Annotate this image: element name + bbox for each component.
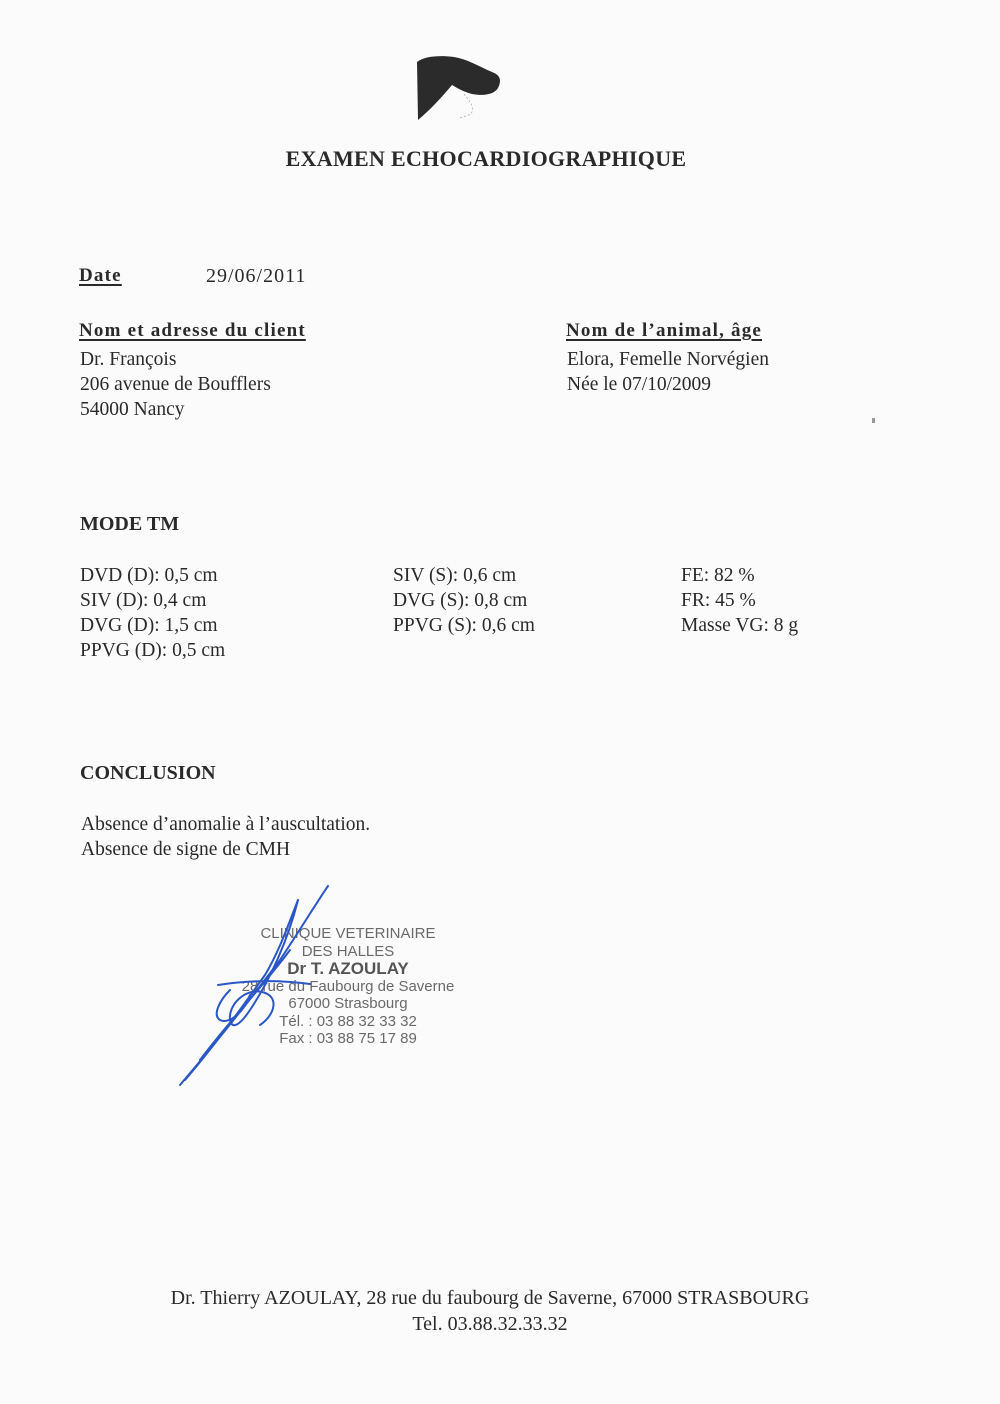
client-name: Dr. François: [80, 347, 271, 372]
measurement-ppvg-d: PPVG (D): 0,5 cm: [80, 638, 225, 663]
measurement-fr: FR: 45 %: [681, 588, 798, 613]
measurement-dvg-s: DVG (S): 0,8 cm: [393, 588, 535, 613]
conclusion-line: Absence de signe de CMH: [81, 837, 370, 862]
footer: Dr. Thierry AZOULAY, 28 rue du faubourg …: [0, 1285, 980, 1337]
animal-info: Elora, Femelle Norvégien Née le 07/10/20…: [567, 347, 769, 397]
conclusion-heading: CONCLUSION: [80, 762, 216, 785]
animal-birthdate: Née le 07/10/2009: [567, 372, 769, 397]
dog-head-logo-icon: [412, 52, 504, 124]
client-city: 54000 Nancy: [80, 397, 271, 422]
animal-name: Elora, Femelle Norvégien: [567, 347, 769, 372]
document-title: EXAMEN ECHOCARDIOGRAPHIQUE: [0, 146, 972, 172]
client-address: Dr. François 206 avenue de Boufflers 540…: [80, 347, 271, 422]
conclusion-line: Absence d’anomalie à l’auscultation.: [81, 812, 370, 837]
measurement-dvd-d: DVD (D): 0,5 cm: [80, 563, 225, 588]
signature-icon: [170, 880, 350, 1090]
footer-phone: Tel. 03.88.32.33.32: [0, 1311, 980, 1337]
conclusion-text: Absence d’anomalie à l’auscultation. Abs…: [81, 812, 370, 862]
systole-measurements: SIV (S): 0,6 cm DVG (S): 0,8 cm PPVG (S)…: [393, 563, 535, 638]
exam-date: 29/06/2011: [206, 265, 306, 288]
measurement-siv-d: SIV (D): 0,4 cm: [80, 588, 225, 613]
mode-tm-heading: MODE TM: [80, 513, 179, 536]
measurement-fe: FE: 82 %: [681, 563, 798, 588]
measurement-masse-vg: Masse VG: 8 g: [681, 613, 798, 638]
date-label: Date: [79, 265, 122, 287]
function-indices: FE: 82 % FR: 45 % Masse VG: 8 g: [681, 563, 798, 638]
client-label: Nom et adresse du client: [79, 320, 306, 342]
animal-label: Nom de l’animal, âge: [566, 320, 762, 342]
client-street: 206 avenue de Boufflers: [80, 372, 271, 397]
measurement-ppvg-s: PPVG (S): 0,6 cm: [393, 613, 535, 638]
footer-address: Dr. Thierry AZOULAY, 28 rue du faubourg …: [0, 1285, 980, 1311]
measurement-siv-s: SIV (S): 0,6 cm: [393, 563, 535, 588]
measurement-dvg-d: DVG (D): 1,5 cm: [80, 613, 225, 638]
scan-speck: [872, 418, 875, 423]
diastole-measurements: DVD (D): 0,5 cm SIV (D): 0,4 cm DVG (D):…: [80, 563, 225, 663]
